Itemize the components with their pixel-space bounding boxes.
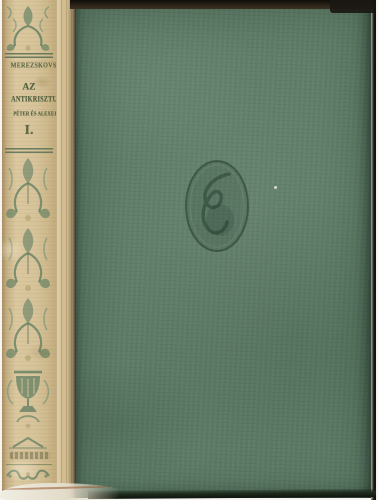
publisher-imprint-smudge — [10, 452, 50, 459]
book-photo: MEREZSKOVSZKIJ AZ ANTIKRISZTUS PÉTER ÉS … — [0, 0, 378, 500]
spine-hinge-groove — [56, 0, 76, 498]
spine-title-line1: AZ — [6, 82, 52, 93]
spine-foot-rule — [6, 464, 52, 465]
spine-divider-rule — [5, 148, 53, 153]
spine-title-line2: ANTIKRISZTUS — [11, 96, 47, 105]
spine-top-floral-ornament-icon — [3, 2, 53, 52]
spine-pediment-ornament-icon — [3, 436, 53, 449]
spine-author: MEREZSKOVSZKIJ — [11, 61, 48, 69]
book-right-board-edge — [371, 0, 376, 500]
book-spine: MEREZSKOVSZKIJ AZ ANTIKRISZTUS PÉTER ÉS … — [2, 0, 56, 498]
spine-urn-ornament-icon — [8, 372, 49, 428]
spine-damask-column-ornament-icon — [3, 156, 53, 436]
spine-volume-number: I. — [2, 123, 56, 139]
oval-emblem-monogram-icon — [183, 158, 251, 254]
book-top-board-edge-corner — [330, 0, 376, 13]
dust-speck — [274, 186, 277, 189]
spine-scroll-band-ornament-icon — [3, 467, 53, 482]
spine-title-line3: PÉTER ÉS ALEXEJ — [13, 110, 44, 116]
spine-divider-rule — [5, 53, 53, 58]
